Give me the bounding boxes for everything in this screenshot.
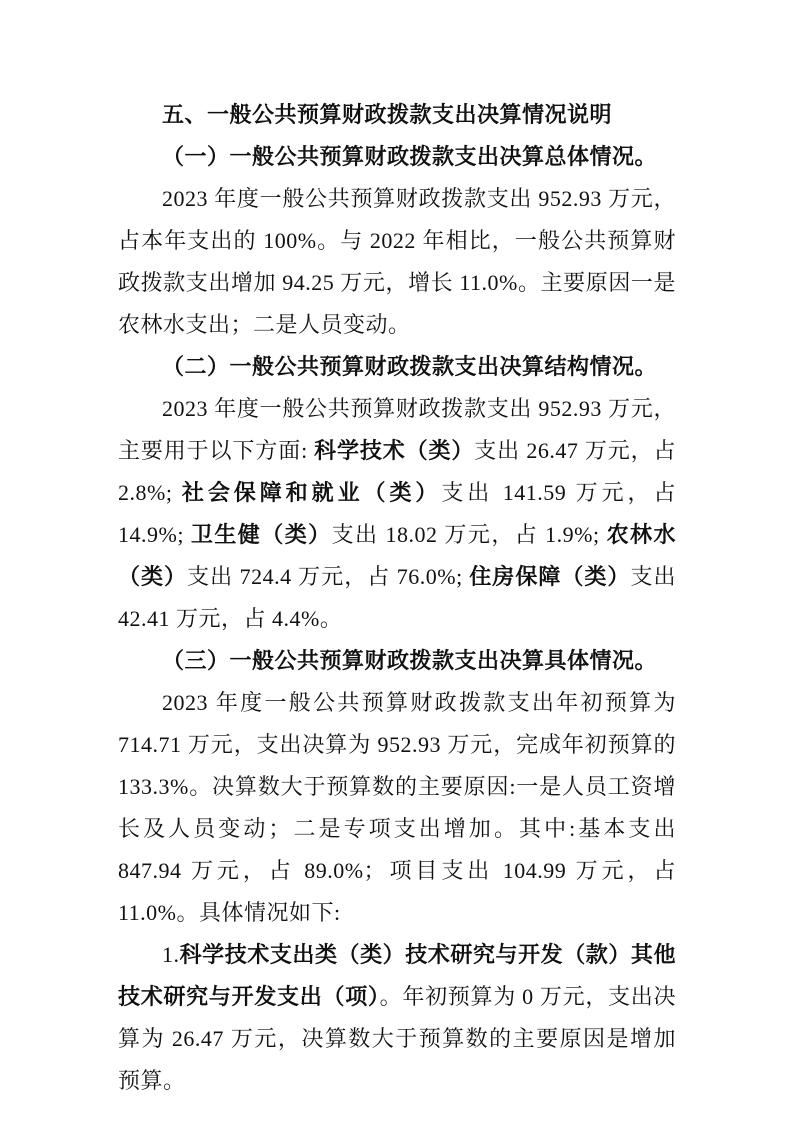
document-body: 五、一般公共预算财政拨款支出决算情况说明（一）一般公共预算财政拨款支出决算总体情… [118,94,676,1102]
paragraph-item-1-science-tech: 1.科学技术支出类（类）技术研究与开发（款）其他技术研究与开发支出（项）。年初预… [118,934,676,1102]
emphasis-text-run: 社会保障和就业（类） [182,480,441,505]
text-run: 2023 年度一般公共预算财政拨款支出 952.93 万元，占本年支出的 100… [118,186,676,337]
emphasis-text-run: 卫生健（类） [191,522,332,547]
emphasis-text-run: 住房保障（类） [469,564,630,589]
emphasis-text-run: （一）一般公共预算财政拨款支出决算总体情况。 [162,144,657,169]
subsection-heading-1: （一）一般公共预算财政拨款支出决算总体情况。 [118,136,676,178]
paragraph-structure-situation: 2023 年度一般公共预算财政拨款支出 952.93 万元，主要用于以下方面: … [118,388,676,640]
emphasis-text-run: 五、一般公共预算财政拨款支出决算情况说明 [162,102,612,127]
emphasis-text-run: 科学技术（类） [314,438,474,463]
text-run: 支出 724.4 万元，占 76.0%; [187,564,469,589]
paragraph-detail-situation: 2023 年度一般公共预算财政拨款支出年初预算为 714.71 万元，支出决算为… [118,682,676,934]
document-page: 五、一般公共预算财政拨款支出决算情况说明（一）一般公共预算财政拨款支出决算总体情… [0,0,793,1122]
text-run: 支出 18.02 万元，占 1.9%; [332,522,607,547]
text-run: 1. [162,942,180,967]
emphasis-text-run: （三）一般公共预算财政拨款支出决算具体情况。 [162,648,657,673]
section-heading-main: 五、一般公共预算财政拨款支出决算情况说明 [118,94,676,136]
emphasis-text-run: （二）一般公共预算财政拨款支出决算结构情况。 [162,354,657,379]
subsection-heading-2: （二）一般公共预算财政拨款支出决算结构情况。 [118,346,676,388]
subsection-heading-3: （三）一般公共预算财政拨款支出决算具体情况。 [118,640,676,682]
text-run: 2023 年度一般公共预算财政拨款支出年初预算为 714.71 万元，支出决算为… [118,690,676,925]
paragraph-overall-situation: 2023 年度一般公共预算财政拨款支出 952.93 万元，占本年支出的 100… [118,178,676,346]
